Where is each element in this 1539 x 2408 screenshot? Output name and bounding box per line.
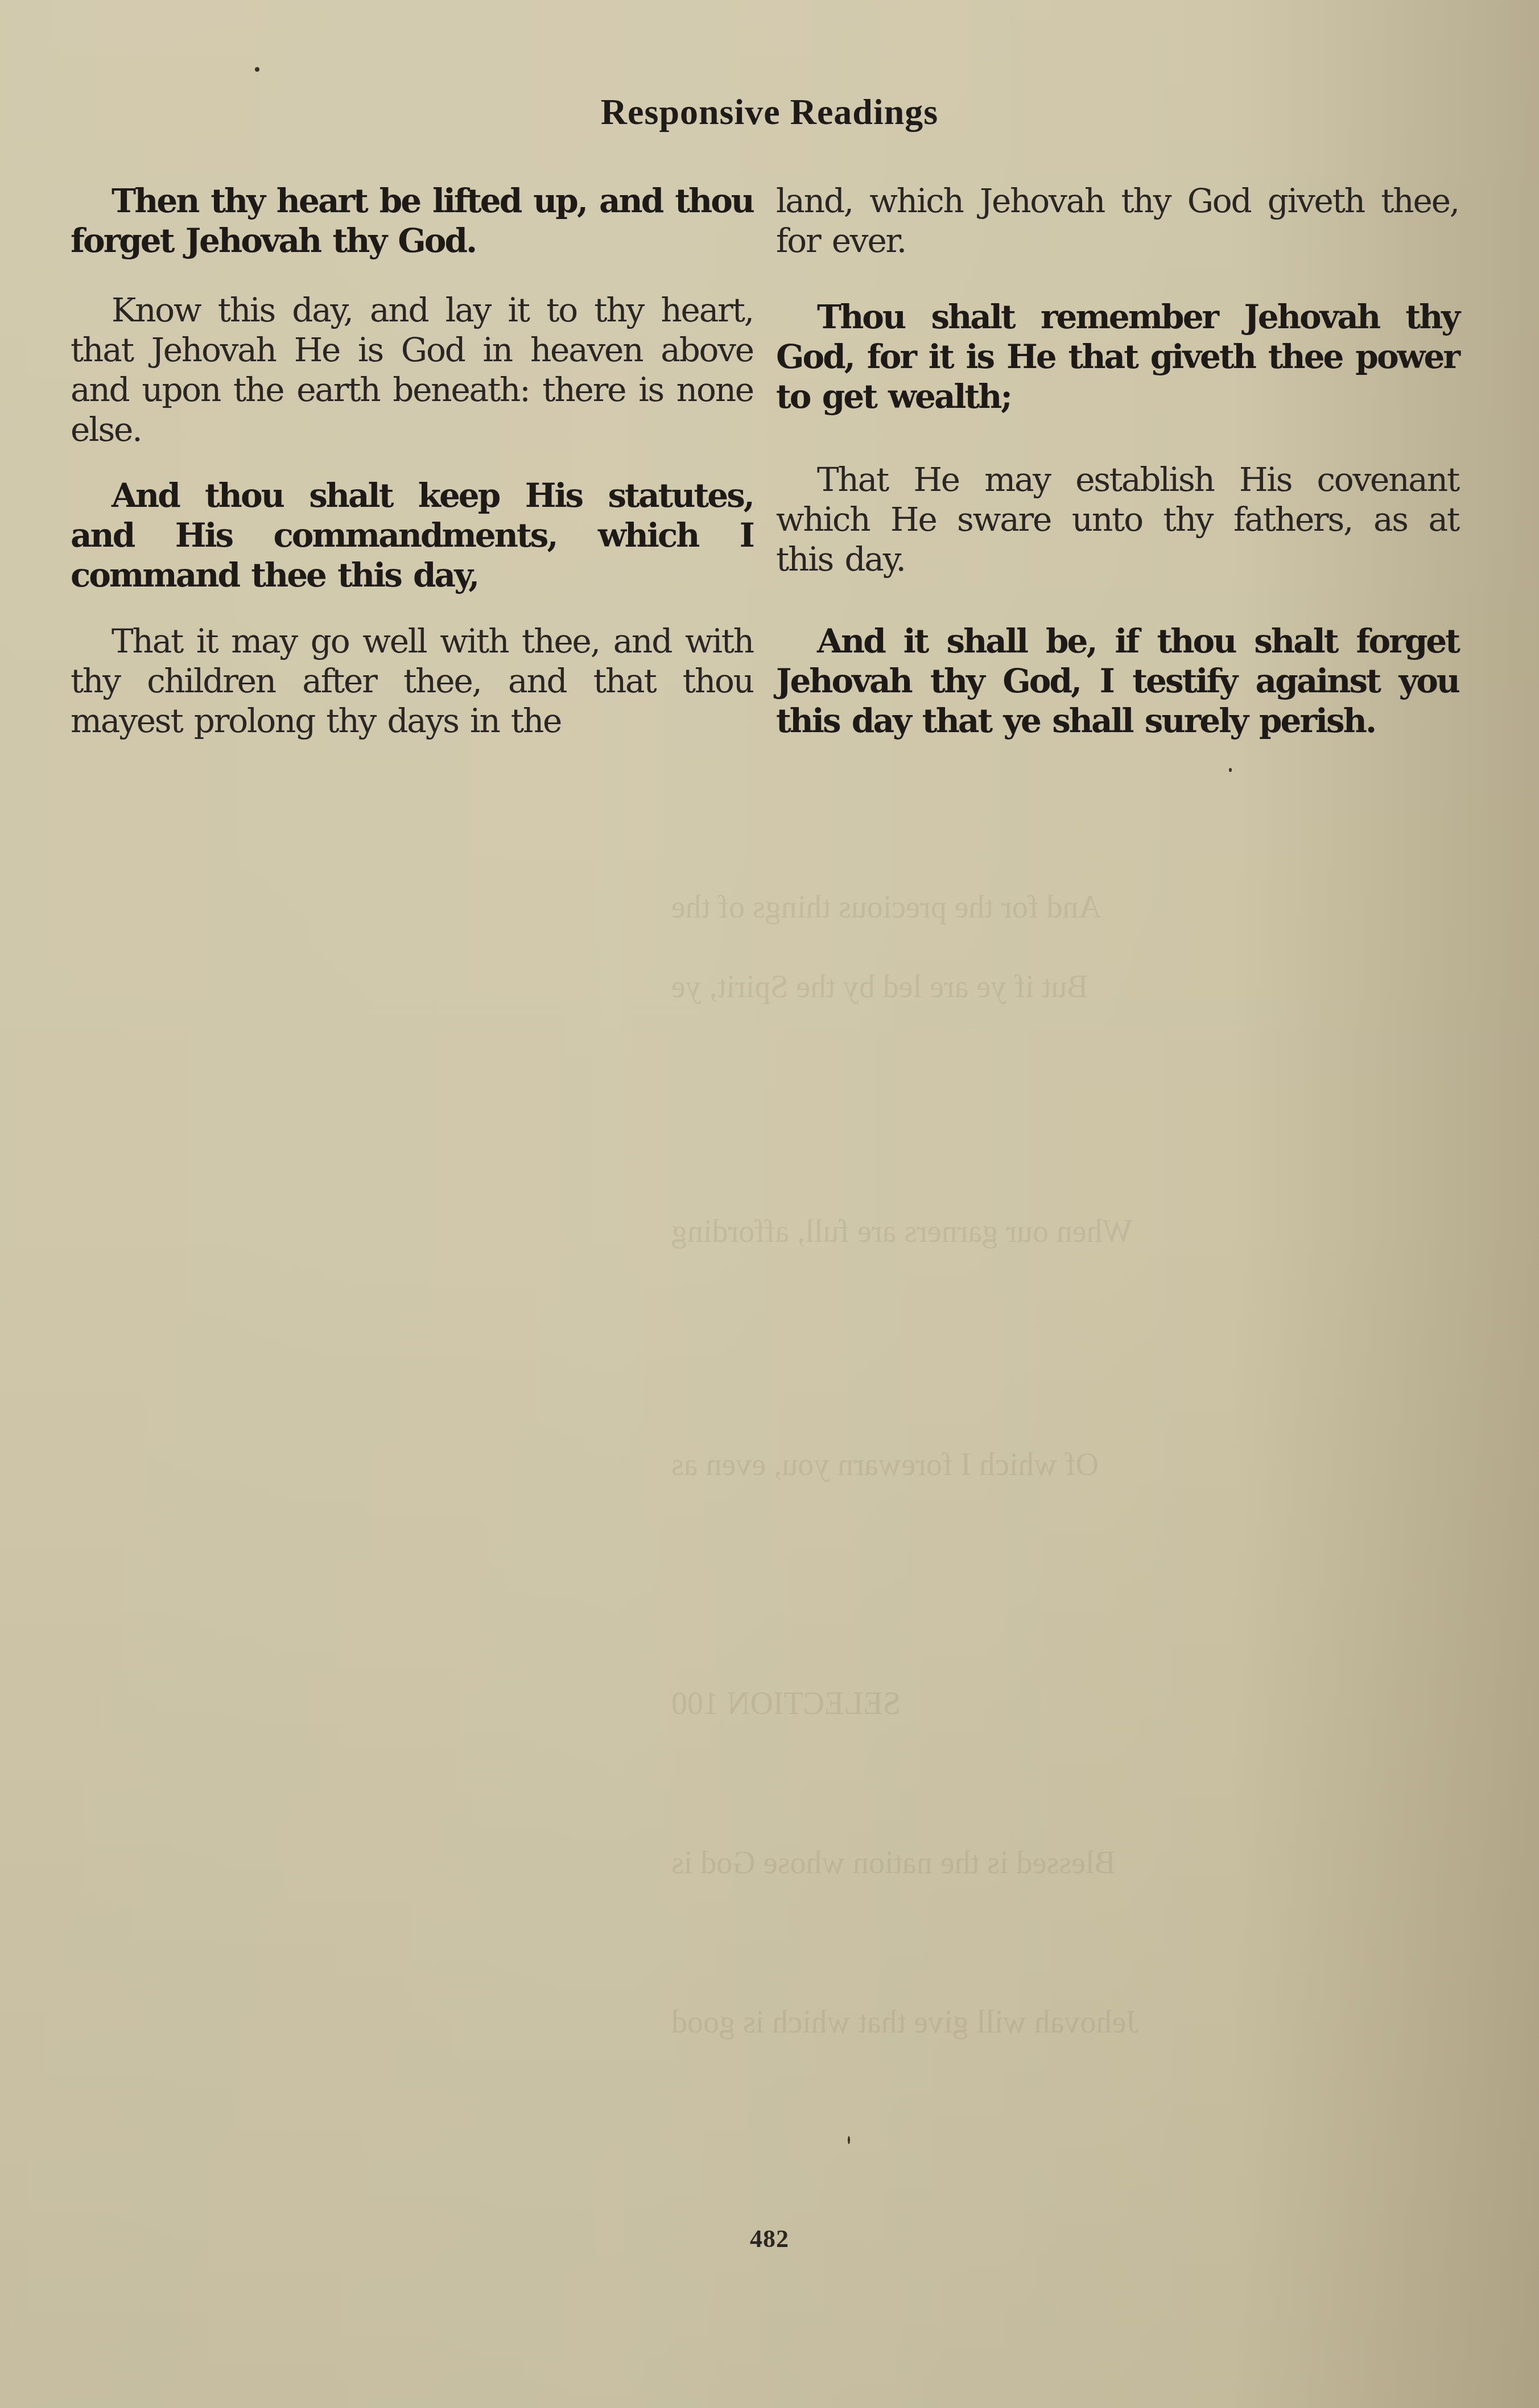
show-through-text: Of which I forewarn you, even as	[671, 1445, 1099, 1485]
show-through-text: Blessed is the nation whose God is	[671, 1843, 1116, 1883]
reading-paragraph: land, which Jehovah thy God giveth thee,…	[776, 181, 1459, 261]
show-through-text: When our garners are full, affording	[671, 1212, 1133, 1252]
reading-paragraph: That it may go well with thee, and with …	[71, 621, 753, 741]
show-through-text: SELECTION 100	[671, 1684, 901, 1724]
page-title: Responsive Readings	[0, 91, 1539, 133]
reading-paragraph: And it shall be, if thou shalt forget Je…	[776, 621, 1459, 741]
reading-paragraph: And thou shalt keep His statutes, and Hi…	[71, 476, 753, 595]
show-through-text: Jehovah will give that which is good	[671, 2002, 1138, 2042]
book-page: And for the precious things of the But i…	[0, 0, 1539, 2408]
paper-speck	[255, 67, 259, 72]
reading-paragraph: Thou shalt remember Jehovah thy God, for…	[776, 297, 1459, 416]
show-through-text: And for the precious things of the	[671, 887, 1101, 927]
show-through-text: But if ye are led by the Spirit, ye	[671, 967, 1088, 1007]
reading-paragraph: Know this day, and lay it to thy heart, …	[71, 290, 753, 449]
paper-speck	[1229, 768, 1232, 772]
page-number: 482	[0, 2224, 1539, 2253]
paper-speck	[848, 2136, 850, 2144]
reading-paragraph: That He may establish His covenant which…	[776, 460, 1459, 579]
reading-paragraph: Then thy heart be lifted up, and thou fo…	[71, 181, 753, 261]
